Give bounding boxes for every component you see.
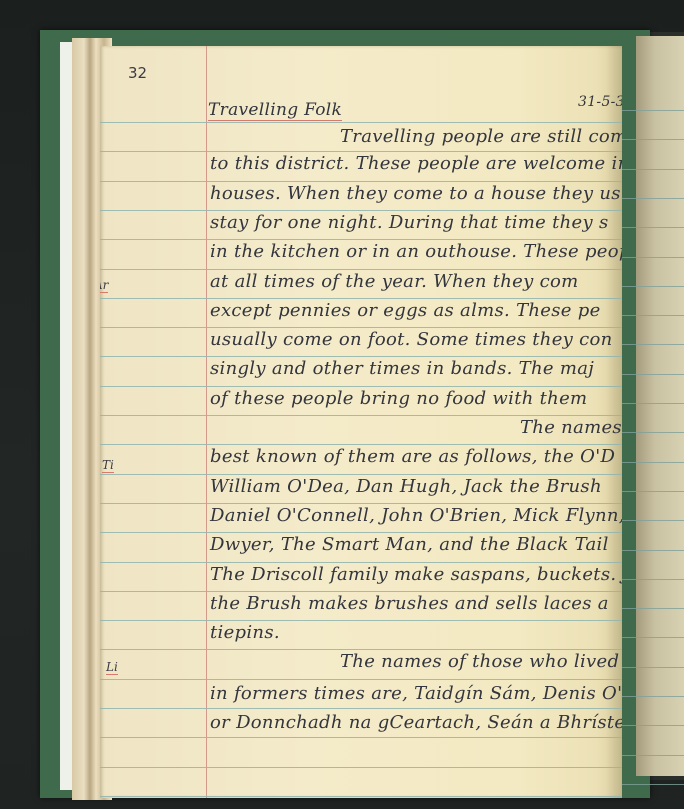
ruled-line <box>100 620 622 621</box>
page-title: Travelling Folk <box>208 100 342 121</box>
ruled-line <box>100 737 622 738</box>
handwritten-line: usually come on foot. Some times they co… <box>210 329 613 350</box>
handwritten-line: the Brush makes brushes and sells laces … <box>210 593 609 614</box>
notebook-page: 32 Travelling Folk 31-5-38 Ar Ti Li Trav… <box>100 46 622 798</box>
handwritten-line: in the kitchen or in an outhouse. These … <box>210 241 622 262</box>
handwritten-line: except pennies or eggs as alms. These pe <box>210 300 601 321</box>
facing-ruled-line <box>622 520 684 521</box>
handwritten-line: at all times of the year. When they com <box>210 271 578 292</box>
facing-ruled-line <box>622 667 684 668</box>
facing-ruled-line <box>622 637 684 638</box>
facing-ruled-line <box>622 491 684 492</box>
handwritten-line: tiepins. <box>210 622 280 643</box>
ruled-line <box>100 474 622 475</box>
handwritten-line: Travelling people are still com <box>340 126 622 147</box>
facing-ruled-line <box>622 169 684 170</box>
facing-ruled-line <box>622 139 684 140</box>
ruled-line <box>100 181 622 182</box>
ruled-line <box>100 386 622 387</box>
margin-mark: Ti <box>102 458 114 473</box>
ruled-line <box>100 269 622 270</box>
facing-ruled-line <box>622 227 684 228</box>
ruled-line <box>100 151 622 152</box>
handwritten-line: The names of <box>520 417 622 438</box>
facing-ruled-line <box>622 198 684 199</box>
handwritten-line: best known of them are as follows, the O… <box>210 446 615 467</box>
ruled-line <box>100 562 622 563</box>
ruled-line <box>100 356 622 357</box>
handwritten-line: William O'Dea, Dan Hugh, Jack the Brush <box>210 476 602 497</box>
handwritten-line: houses. When they come to a house they u… <box>210 183 621 204</box>
facing-ruled-line <box>622 608 684 609</box>
margin-mark: Ar <box>100 278 108 293</box>
entry-date: 31-5-38 <box>578 94 622 110</box>
margin-line <box>206 46 207 798</box>
ruled-line <box>100 327 622 328</box>
facing-page-edge <box>636 36 684 776</box>
ruled-line <box>100 591 622 592</box>
handwritten-line: Dwyer, The Smart Man, and the Black Tail <box>210 534 609 555</box>
ruled-line <box>100 444 622 445</box>
facing-ruled-line <box>622 286 684 287</box>
facing-ruled-line <box>622 696 684 697</box>
facing-ruled-line <box>622 462 684 463</box>
facing-ruled-line <box>622 374 684 375</box>
handwritten-line: Daniel O'Connell, John O'Brien, Mick Fly… <box>210 505 622 526</box>
facing-ruled-line <box>622 550 684 551</box>
facing-ruled-line <box>622 784 684 785</box>
facing-ruled-line <box>622 257 684 258</box>
handwritten-line: singly and other times in bands. The maj <box>210 358 594 379</box>
page-number: 32 <box>128 64 147 82</box>
ruled-line <box>100 210 622 211</box>
facing-ruled-line <box>622 432 684 433</box>
ruled-line <box>100 679 622 680</box>
ruled-line <box>100 767 622 768</box>
handwritten-line: The names of those who lived in <box>340 651 622 672</box>
ruled-line <box>100 796 622 797</box>
ruled-line <box>100 298 622 299</box>
margin-mark: Li <box>106 660 118 675</box>
facing-ruled-line <box>622 755 684 756</box>
ruled-line <box>100 122 622 123</box>
handwritten-line: to this district. These people are welco… <box>210 153 622 174</box>
ruled-line <box>100 503 622 504</box>
ruled-line <box>100 649 622 650</box>
handwritten-line: of these people bring no food with them <box>210 388 587 409</box>
handwritten-line: or Donnchadh na gCeartach, Seán a Bhríst… <box>210 712 622 733</box>
facing-ruled-line <box>622 110 684 111</box>
ruled-line <box>100 415 622 416</box>
facing-ruled-line <box>622 579 684 580</box>
facing-ruled-line <box>622 403 684 404</box>
ruled-line <box>100 708 622 709</box>
facing-ruled-line <box>622 344 684 345</box>
facing-ruled-line <box>622 315 684 316</box>
ruled-line <box>100 239 622 240</box>
facing-ruled-line <box>622 725 684 726</box>
handwritten-line: The Driscoll family make saspans, bucket… <box>210 564 622 585</box>
handwritten-line: stay for one night. During that time the… <box>210 212 609 233</box>
handwritten-line: in formers times are, Taidgín Sám, Denis… <box>210 683 622 704</box>
ruled-line <box>100 532 622 533</box>
